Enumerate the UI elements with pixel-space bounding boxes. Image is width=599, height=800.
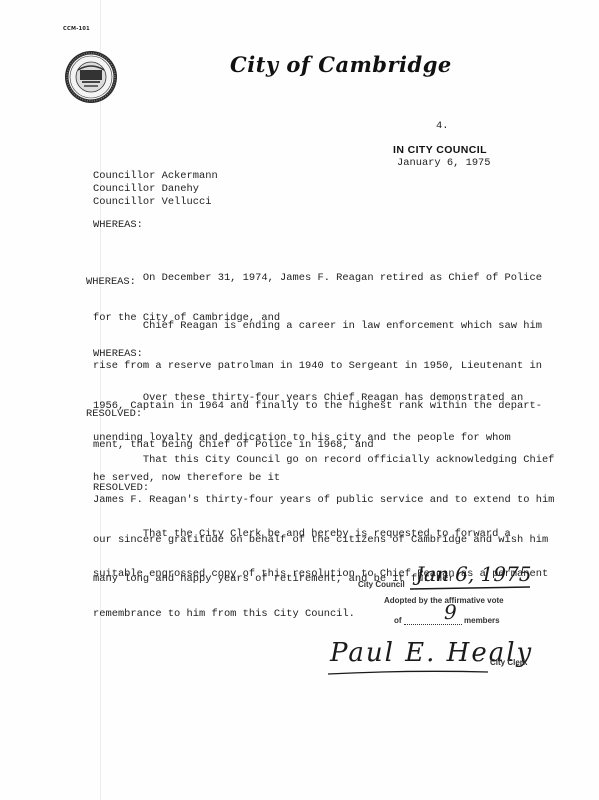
body-line: That the City Clerk be and hereby is req… — [93, 528, 553, 541]
body-line: Over these thirty-four years Chief Reaga… — [93, 392, 553, 405]
agenda-item-number: 4. — [436, 120, 448, 133]
form-code: CCM-101 — [63, 26, 90, 32]
body-line: On December 31, 1974, James F. Reagan re… — [93, 272, 553, 285]
letterhead-title: City of Cambridge — [230, 52, 452, 77]
body-line: That this City Council go on record offi… — [93, 454, 553, 467]
resolution-page: CCM-101 City of Cambridge 4. IN CITY COU… — [0, 0, 599, 800]
section-heading: RESOLVED: — [93, 482, 149, 495]
section-heading: WHEREAS: — [86, 276, 136, 289]
council-label: IN CITY COUNCIL — [393, 144, 487, 156]
underline-stroke — [410, 586, 530, 592]
stamp-members-label: members — [464, 616, 500, 625]
section-heading: WHEREAS: — [93, 219, 143, 232]
sponsor-name: Councillor Vellucci — [93, 196, 218, 209]
body-line: Chief Reagan is ending a career in law e… — [93, 320, 553, 333]
adoption-stamp: City Council Jan 6, 1975 Adopted by the … — [340, 580, 570, 690]
meeting-date: January 6, 1975 — [397, 157, 491, 170]
member-count-line — [404, 624, 462, 625]
sponsor-list: Councillor Ackermann Councillor Danehy C… — [93, 170, 218, 210]
signature-underline — [328, 670, 488, 676]
handwritten-date: Jan 6, 1975 — [416, 562, 532, 586]
stamp-of-label: of — [394, 616, 402, 625]
handwritten-member-count: 9 — [444, 600, 457, 624]
section-heading: RESOLVED: — [86, 408, 142, 421]
stamp-clerk-title: City Clerk — [490, 658, 527, 667]
stamp-council-prefix: City Council — [358, 580, 405, 589]
sponsor-name: Councillor Danehy — [93, 183, 218, 196]
sponsor-name: Councillor Ackermann — [93, 170, 218, 183]
city-seal-icon — [64, 50, 118, 104]
section-heading: WHEREAS: — [93, 348, 143, 361]
